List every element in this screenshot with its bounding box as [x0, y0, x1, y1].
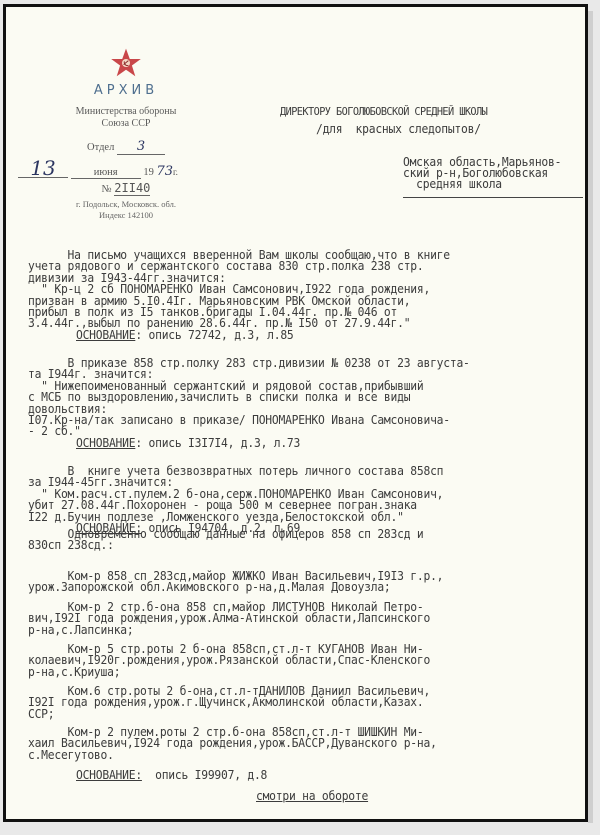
- department-value: 3: [117, 139, 165, 155]
- department-row: Отдел 3: [26, 139, 226, 155]
- red-star-hammer-sickle-icon: [110, 47, 142, 79]
- date-row: 13 июня 19 73г.: [0, 159, 198, 179]
- archive-letter-page: АРХИВ Министерства обороны Союза ССР Отд…: [3, 4, 588, 822]
- officer-entry-line: урож.Запорожской обл.Акимовского р-на,д.…: [28, 582, 391, 594]
- archive-address: г. Подольск, Московск. обл. Индекс 14210…: [26, 199, 226, 221]
- basis-label: ОСНОВАНИЕ: [76, 436, 135, 450]
- see-reverse-note: смотри на обороте: [256, 791, 368, 803]
- date-month: июня: [71, 167, 141, 179]
- paragraph-2-line: I07.Кр-на/так записано в приказе/ ПОНОМА…: [28, 415, 450, 427]
- basis-label: ОСНОВАНИЕ:: [76, 768, 142, 782]
- recipient-address-3: средняя школа: [403, 179, 502, 191]
- paragraph-2-line: - 2 сб.": [28, 426, 81, 438]
- basis-reference: опись I99907, д.8: [142, 768, 267, 782]
- archive-title: АРХИВ: [26, 83, 226, 98]
- paragraph-4-line: 830сп 238сд.:: [28, 540, 114, 552]
- officer-entry-line: р-на,с.Лапсинка;: [28, 625, 133, 637]
- ministry-name: Министерства обороны Союза ССР: [26, 106, 226, 130]
- date-day: 13: [18, 159, 68, 178]
- recipient-subtitle: /для красных следопытов/: [316, 124, 481, 136]
- officer-entry-line: I92I года рождения,урож.г.Щучинск,Акмоли…: [28, 697, 423, 709]
- archive-stamp: АРХИВ Министерства обороны Союза ССР Отд…: [26, 47, 226, 221]
- number-row: № 2II40: [26, 181, 226, 196]
- basis-2: ОСНОВАНИЕ: опись I3I7I4, д.3, л.73: [76, 438, 300, 450]
- date-year: 73: [156, 164, 173, 179]
- officer-entry-line: с.Месегутово.: [28, 750, 114, 762]
- basis-4: ОСНОВАНИЕ: опись I99907, д.8: [76, 770, 267, 782]
- basis-1: ОСНОВАНИЕ: опись 72742, д.3, л.85: [76, 330, 294, 342]
- basis-reference: : опись I3I7I4, д.3, л.73: [135, 436, 300, 450]
- address-underline: [403, 197, 583, 198]
- outgoing-number: 2II40: [114, 181, 150, 196]
- basis-reference: : опись 72742, д.3, л.85: [135, 328, 293, 342]
- officer-entry-line: ССР;: [28, 709, 54, 721]
- recipient-title: ДИРЕКТОРУ БОГОЛЮБОВСКОЙ СРЕДНЕЙ ШКОЛЫ: [280, 106, 487, 118]
- officer-entry-line: р-на,с.Криуша;: [28, 667, 120, 679]
- basis-label: ОСНОВАНИЕ: [76, 328, 135, 342]
